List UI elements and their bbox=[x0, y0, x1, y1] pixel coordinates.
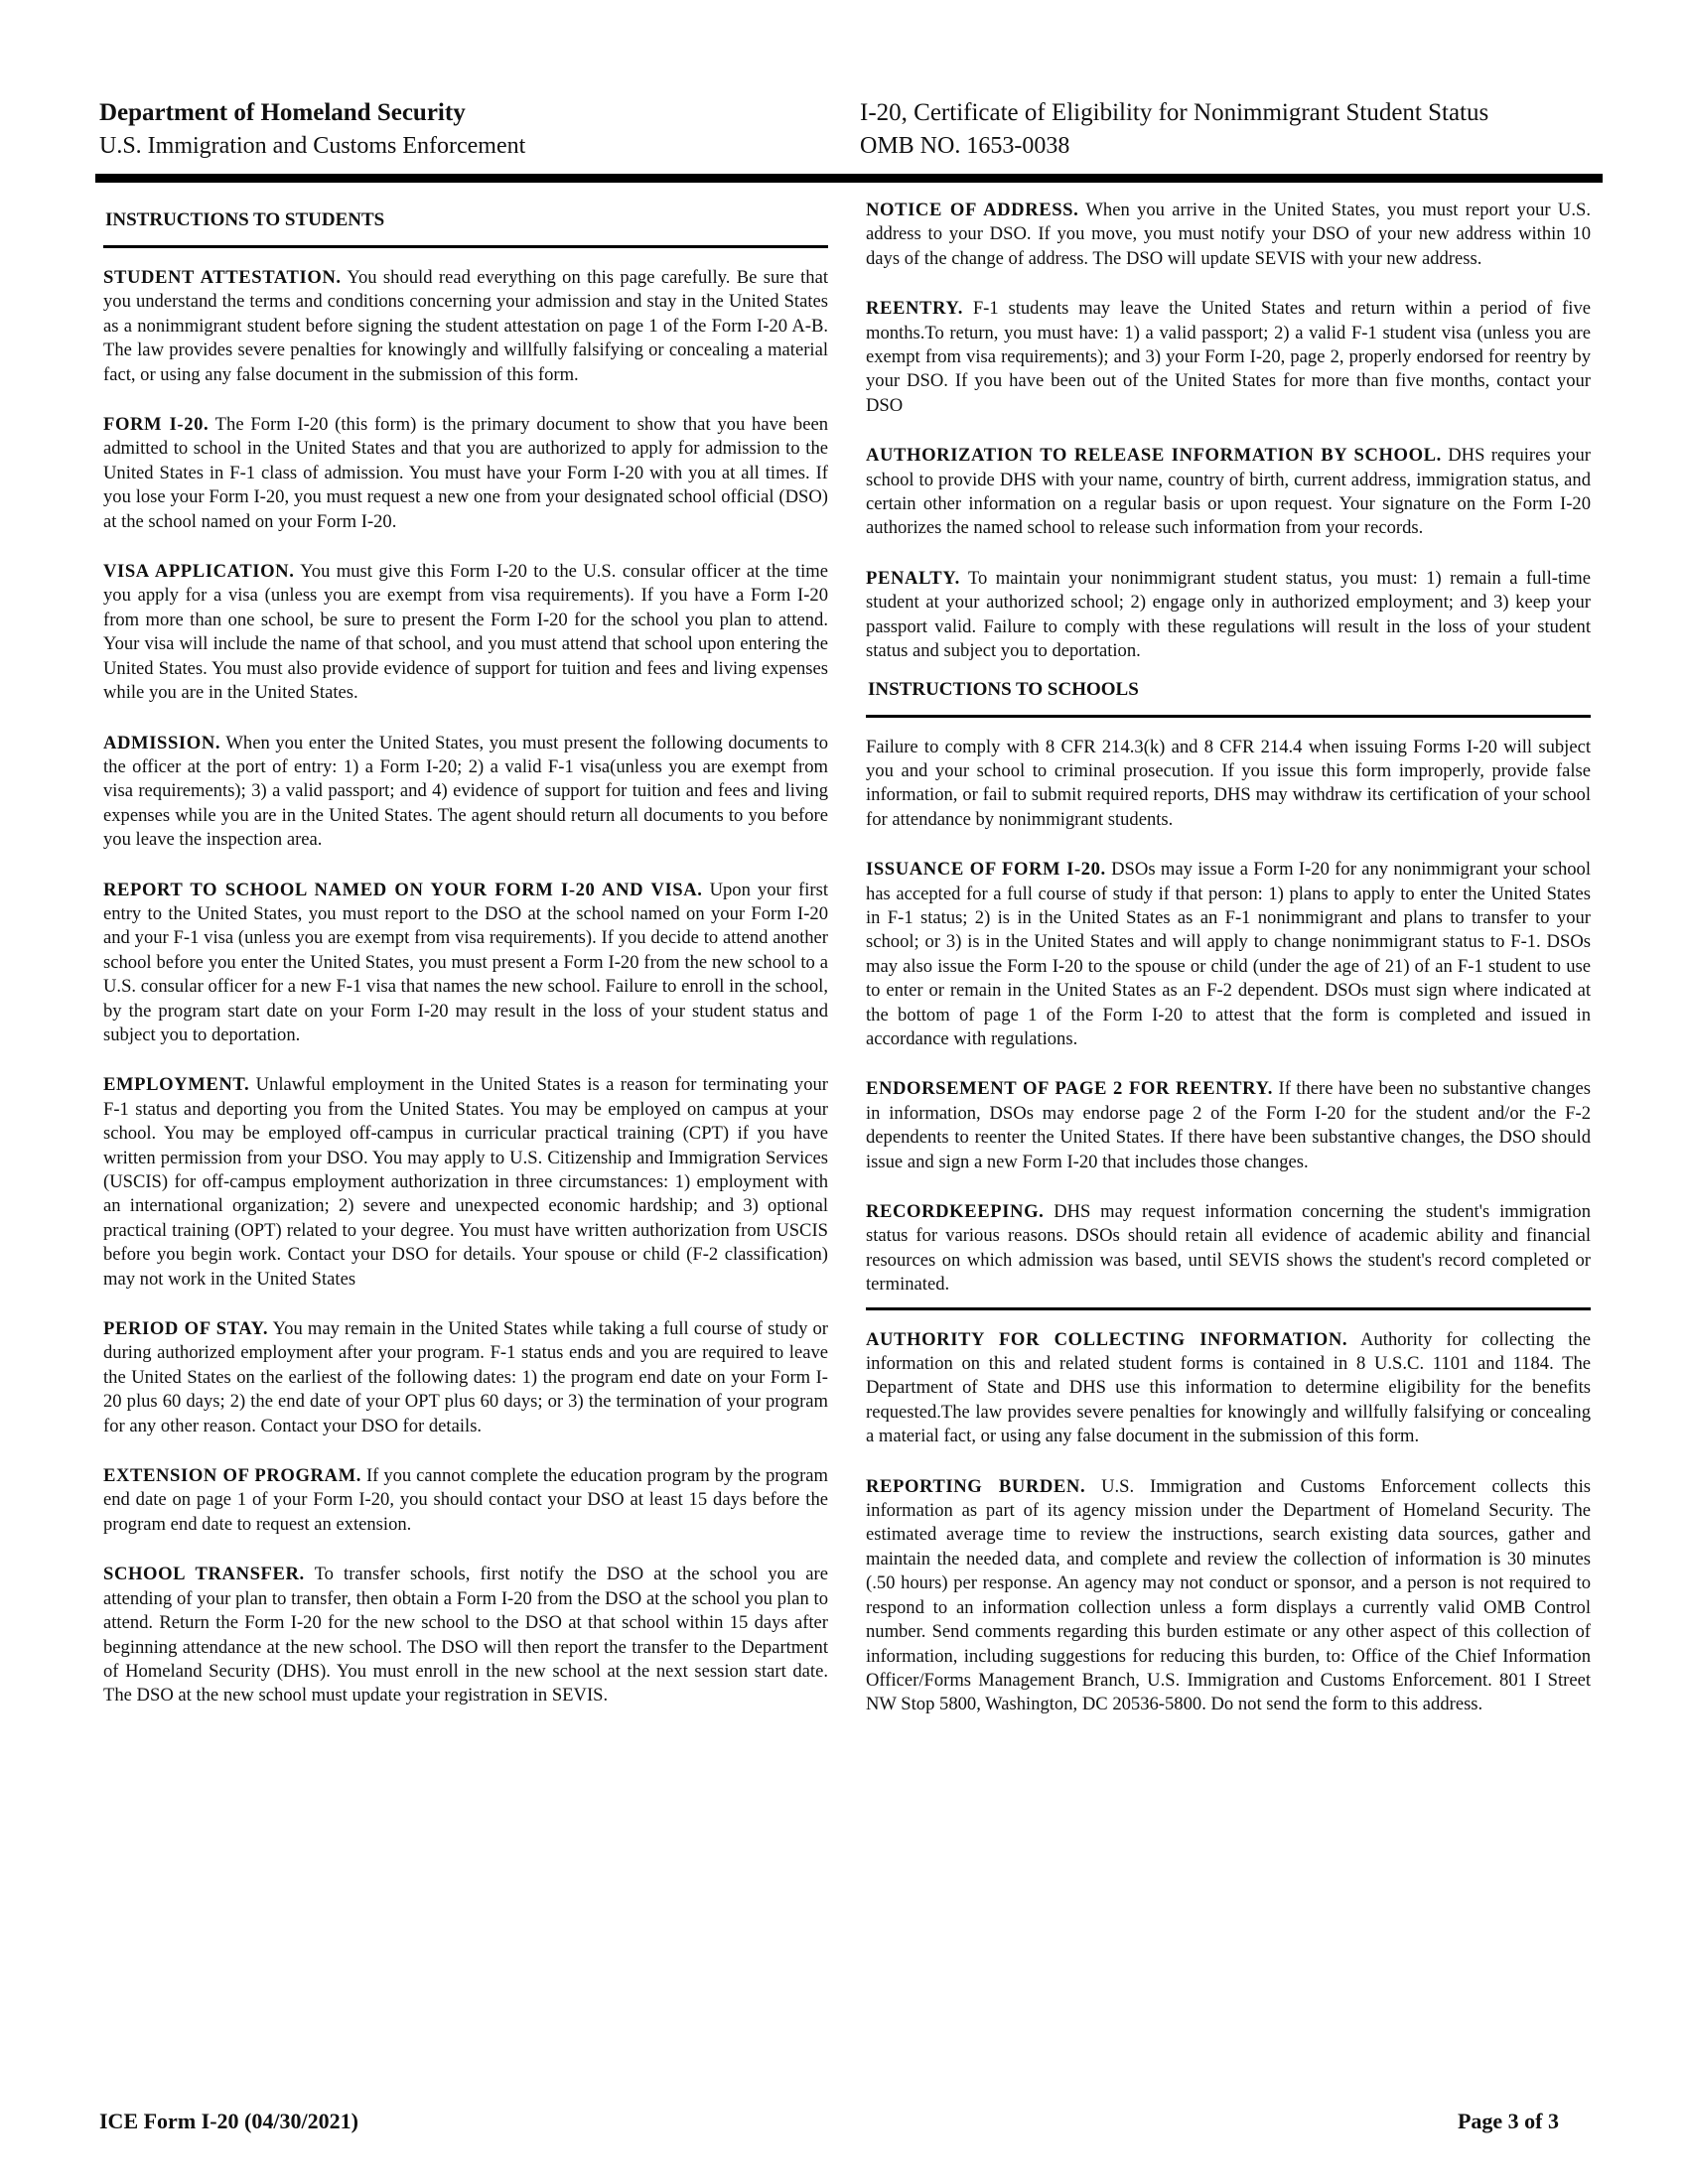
paragraph-authorization-release: AUTHORIZATION TO RELEASE INFORMATION BY … bbox=[866, 444, 1591, 541]
paragraph-form-i20: FORM I-20. The Form I-20 (this form) is … bbox=[103, 413, 828, 534]
form-title: I-20, Certificate of Eligibility for Non… bbox=[860, 97, 1488, 129]
section-heading-schools: INSTRUCTIONS TO SCHOOLS bbox=[868, 678, 1591, 702]
right-column: NOTICE OF ADDRESS. When you arrive in th… bbox=[866, 199, 1591, 1743]
section-divider bbox=[866, 715, 1591, 718]
paragraph-penalty: PENALTY. To maintain your nonimmigrant s… bbox=[866, 567, 1591, 664]
paragraph-employment: EMPLOYMENT. Unlawful employment in the U… bbox=[103, 1073, 828, 1292]
header-divider bbox=[95, 174, 1603, 183]
paragraph-reentry: REENTRY. F-1 students may leave the Unit… bbox=[866, 297, 1591, 418]
left-column: INSTRUCTIONS TO STUDENTS STUDENT ATTESTA… bbox=[103, 199, 828, 1734]
authority-divider bbox=[866, 1307, 1591, 1310]
paragraph-admission: ADMISSION. When you enter the United Sta… bbox=[103, 732, 828, 853]
paragraph-student-attestation: STUDENT ATTESTATION. You should read eve… bbox=[103, 266, 828, 387]
paragraph-visa-application: VISA APPLICATION. You must give this For… bbox=[103, 560, 828, 705]
omb-number: OMB NO. 1653-0038 bbox=[860, 129, 1488, 163]
header-left: Department of Homeland Security U.S. Imm… bbox=[99, 97, 525, 163]
paragraph-authority: AUTHORITY FOR COLLECTING INFORMATION. Au… bbox=[866, 1328, 1591, 1449]
paragraph-issuance: ISSUANCE OF FORM I-20. DSOs may issue a … bbox=[866, 858, 1591, 1051]
paragraph-endorsement: ENDORSEMENT OF PAGE 2 FOR REENTRY. If th… bbox=[866, 1077, 1591, 1174]
paragraph-extension-of-program: EXTENSION OF PROGRAM. If you cannot comp… bbox=[103, 1464, 828, 1537]
paragraph-recordkeeping: RECORDKEEPING. DHS may request informati… bbox=[866, 1200, 1591, 1297]
paragraph-reporting-burden: REPORTING BURDEN. U.S. Immigration and C… bbox=[866, 1475, 1591, 1717]
section-heading-students: INSTRUCTIONS TO STUDENTS bbox=[105, 208, 828, 232]
section-divider bbox=[103, 245, 828, 248]
paragraph-notice-of-address: NOTICE OF ADDRESS. When you arrive in th… bbox=[866, 199, 1591, 271]
footer-form-id: ICE Form I-20 (04/30/2021) bbox=[99, 2109, 358, 2134]
footer-page-number: Page 3 of 3 bbox=[1458, 2109, 1559, 2134]
paragraph-school-transfer: SCHOOL TRANSFER. To transfer schools, fi… bbox=[103, 1563, 828, 1707]
paragraph-failure-to-comply: Failure to comply with 8 CFR 214.3(k) an… bbox=[866, 736, 1591, 833]
agency-name: Department of Homeland Security bbox=[99, 97, 525, 129]
sub-agency-name: U.S. Immigration and Customs Enforcement bbox=[99, 129, 525, 163]
paragraph-report-to-school: REPORT TO SCHOOL NAMED ON YOUR FORM I-20… bbox=[103, 879, 828, 1048]
header-right: I-20, Certificate of Eligibility for Non… bbox=[860, 97, 1488, 163]
paragraph-period-of-stay: PERIOD OF STAY. You may remain in the Un… bbox=[103, 1317, 828, 1438]
